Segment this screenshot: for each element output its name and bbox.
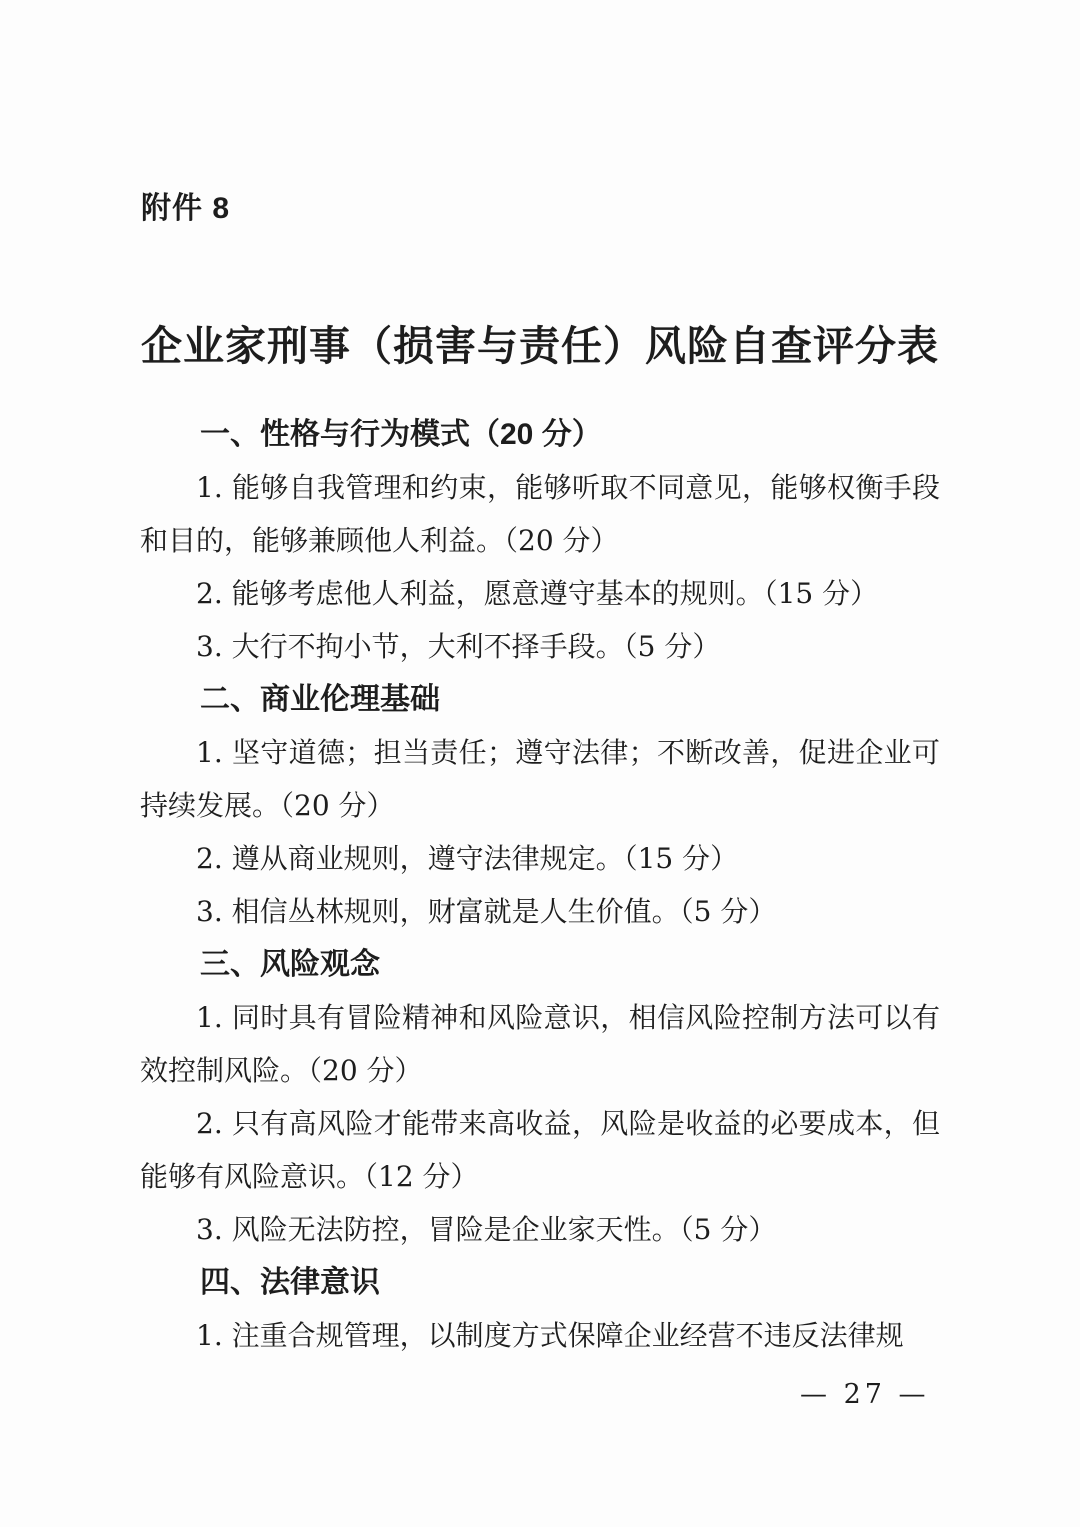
list-item: 3. 风险无法防控，冒险是企业家天性。（5 分） <box>140 1203 940 1256</box>
list-item: 1. 坚守道德；担当责任；遵守法律；不断改善，促进企业可持续发展。（20 分） <box>140 726 940 832</box>
page-number: — 27 — <box>800 1379 930 1411</box>
list-item: 1. 能够自我管理和约束，能够听取不同意见，能够权衡手段和目的，能够兼顾他人利益… <box>140 461 940 567</box>
document-page: 附件 8 企业家刑事（损害与责任）风险自查评分表 一、性格与行为模式（20 分）… <box>0 0 1080 1527</box>
list-item: 1. 同时具有冒险精神和风险意识，相信风险控制方法可以有效控制风险。（20 分） <box>140 991 940 1097</box>
page-title: 企业家刑事（损害与责任）风险自查评分表 <box>0 324 1080 369</box>
list-item: 2. 能够考虑他人利益，愿意遵守基本的规则。（15 分） <box>140 567 940 620</box>
document-body: 一、性格与行为模式（20 分） 1. 能够自我管理和约束，能够听取不同意见，能够… <box>140 408 940 1362</box>
list-item: 2. 只有高风险才能带来高收益，风险是收益的必要成本，但能够有风险意识。（12 … <box>140 1097 940 1203</box>
section-personality: 一、性格与行为模式（20 分） 1. 能够自我管理和约束，能够听取不同意见，能够… <box>140 408 940 673</box>
section-legal-awareness: 四、法律意识 1. 注重合规管理，以制度方式保障企业经营不违反法律规 <box>140 1256 940 1362</box>
section-heading: 一、性格与行为模式（20 分） <box>140 408 940 461</box>
list-item: 2. 遵从商业规则，遵守法律规定。（15 分） <box>140 832 940 885</box>
section-heading: 三、风险观念 <box>140 938 940 991</box>
section-heading: 二、商业伦理基础 <box>140 673 940 726</box>
list-item: 1. 注重合规管理，以制度方式保障企业经营不违反法律规 <box>140 1309 940 1362</box>
section-risk-concept: 三、风险观念 1. 同时具有冒险精神和风险意识，相信风险控制方法可以有效控制风险… <box>140 938 940 1256</box>
section-business-ethics: 二、商业伦理基础 1. 坚守道德；担当责任；遵守法律；不断改善，促进企业可持续发… <box>140 673 940 938</box>
list-item: 3. 大行不拘小节，大利不择手段。（5 分） <box>140 620 940 673</box>
attachment-label: 附件 8 <box>141 192 230 225</box>
list-item: 3. 相信丛林规则，财富就是人生价值。（5 分） <box>140 885 940 938</box>
section-heading: 四、法律意识 <box>140 1256 940 1309</box>
